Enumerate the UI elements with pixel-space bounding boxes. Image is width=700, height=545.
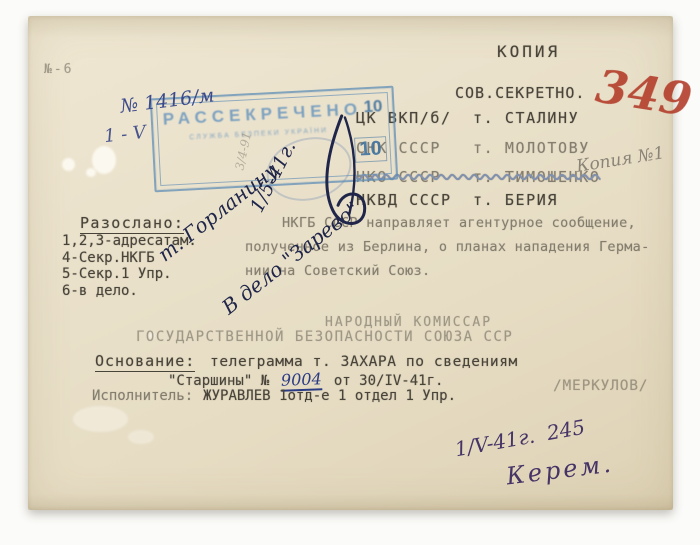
signer-name: /МЕРКУЛОВ/ — [553, 378, 648, 394]
paper-damage-spot — [86, 168, 96, 177]
copy-heading: КОПИЯ — [497, 42, 560, 61]
paper-damage-spot — [73, 406, 128, 432]
distribution-item: 4-Секр.НКГБ — [62, 250, 155, 266]
page-number-corner: №-6 — [44, 62, 73, 77]
paper-damage-spot — [128, 430, 154, 444]
basis-label: Основание: — [95, 352, 195, 370]
paper-damage-spot — [62, 158, 75, 171]
document-sheet: №-6 КОПИЯ СОВ.СЕКРЕТНО. ЦК ВКП/б/ т. СТА… — [28, 16, 673, 510]
executor-label: Исполнитель: — [92, 388, 193, 404]
blue-note-line2: 1 - V — [103, 122, 147, 147]
executor-text: ЖУРАВЛЕВ 1отд-е 1 отдел 1 Упр. — [203, 388, 456, 404]
distribution-item: 6-в дело. — [62, 283, 138, 299]
commissar-line2: ГОСУДАРСТВЕННОЙ БЕЗОПАСНОСТИ СОЮЗА ССР — [136, 329, 513, 345]
distribution-item: 5-Секр.1 Упр. — [62, 266, 172, 282]
executor-line: Исполнитель: ЖУРАВЛЕВ 1отд-е 1 отдел 1 У… — [92, 387, 456, 405]
commissar-line1: НАРОДНЫЙ КОМИССАР — [325, 315, 492, 330]
bottom-signature: Керем. — [505, 450, 615, 491]
addressee-line: НКВД СССР т. БЕРИЯ — [356, 191, 558, 209]
secrecy-heading: СОВ.СЕКРЕТНО. — [455, 84, 585, 102]
red-page-number: 349 — [592, 59, 695, 127]
